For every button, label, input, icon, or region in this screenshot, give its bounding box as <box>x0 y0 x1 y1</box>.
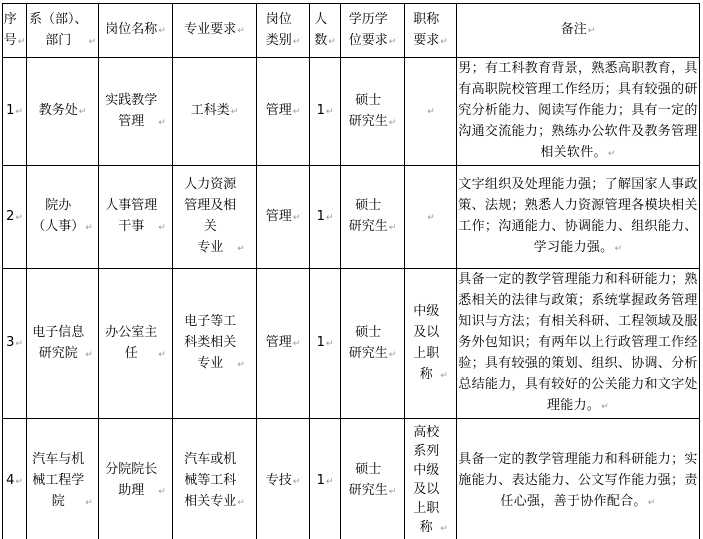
return-arrow-icon <box>648 498 656 508</box>
return-arrow-icon <box>601 402 609 412</box>
cell-major: 工科类 <box>173 58 257 166</box>
return-arrow-icon <box>326 477 334 487</box>
cell-remark: 具备一定的教学管理能力和科研能力；熟悉相关的法律与政策；系统掌握政务管理知识与方… <box>457 269 700 419</box>
return-arrow-icon <box>588 26 596 36</box>
table-row: 2 院办 （人事） 人事管理 干事 人力资源 管理及相 关 专业 管理 1 硕士… <box>3 166 700 269</box>
cell-seq: 2 <box>3 166 27 269</box>
cell-category: 管理 <box>257 166 310 269</box>
table-row: 1 教务处 实践教学 管理 工科类 管理 1 硕士 研究生 男；有工科教育背景，… <box>3 58 700 166</box>
cell-major: 汽车或机 械等工科 相关专业 <box>173 419 257 539</box>
cell-remark: 具备一定的教学管理能力和科研能力；实施能力、表达能力、公文写作能力强；责任心强，… <box>457 419 700 539</box>
cell-count: 1 <box>310 419 341 539</box>
return-arrow-icon <box>389 350 397 360</box>
header-major: 专业要求 <box>173 4 257 58</box>
return-arrow-icon <box>158 118 166 128</box>
return-arrow-icon <box>293 107 301 117</box>
cell-seq: 4 <box>3 419 27 539</box>
return-arrow-icon <box>158 223 166 233</box>
cell-category: 管理 <box>257 269 310 419</box>
return-arrow-icon <box>18 37 26 47</box>
return-arrow-icon <box>293 213 301 223</box>
return-arrow-icon <box>614 244 622 254</box>
cell-dept: 汽车与机 械工程学 院 <box>27 419 99 539</box>
header-count: 人 数 <box>310 4 341 58</box>
return-arrow-icon <box>15 107 23 117</box>
return-arrow-icon <box>237 360 245 370</box>
cell-position: 分院院长 助理 <box>99 419 173 539</box>
cell-dept: 教务处 <box>27 58 99 166</box>
cell-degree: 硕士 研究生 <box>341 166 405 269</box>
job-positions-table: 序 号 系（部）、 部门 岗位名称 专业要求 岗位 类别 人 数 学历学 位要求… <box>2 3 700 539</box>
return-arrow-icon <box>85 350 93 360</box>
header-position: 岗位名称 <box>99 4 173 58</box>
return-arrow-icon <box>427 107 435 117</box>
return-arrow-icon <box>237 244 245 254</box>
cell-dept: 院办 （人事） <box>27 166 99 269</box>
header-degree: 学历学 位要求 <box>341 4 405 58</box>
cell-title <box>405 58 457 166</box>
return-arrow-icon <box>389 37 397 47</box>
return-arrow-icon <box>440 371 448 381</box>
cell-count: 1 <box>310 166 341 269</box>
header-category: 岗位 类别 <box>257 4 310 58</box>
return-arrow-icon <box>158 350 166 360</box>
return-arrow-icon <box>389 487 397 497</box>
return-arrow-icon <box>231 107 239 117</box>
return-arrow-icon <box>293 339 301 349</box>
cell-position: 实践教学 管理 <box>99 58 173 166</box>
return-arrow-icon <box>427 213 435 223</box>
header-dept: 系（部）、 部门 <box>27 4 99 58</box>
return-arrow-icon <box>326 107 334 117</box>
return-arrow-icon <box>389 118 397 128</box>
cell-count: 1 <box>310 58 341 166</box>
return-arrow-icon <box>15 339 23 349</box>
table-row: 4 汽车与机 械工程学 院 分院院长 助理 汽车或机 械等工科 相关专业 专技 … <box>3 419 700 539</box>
header-seq: 序 号 <box>3 4 27 58</box>
return-arrow-icon <box>389 223 397 233</box>
return-arrow-icon <box>15 213 23 223</box>
return-arrow-icon <box>85 223 93 233</box>
return-arrow-icon <box>440 37 448 47</box>
header-remark: 备注 <box>457 4 700 58</box>
cell-title <box>405 166 457 269</box>
return-arrow-icon <box>79 107 87 117</box>
table-row: 3 电子信息 研究院 办公室主 任 电子等工 科类相关 专业 管理 1 硕士 研… <box>3 269 700 419</box>
header-row: 序 号 系（部）、 部门 岗位名称 专业要求 岗位 类别 人 数 学历学 位要求… <box>3 4 700 58</box>
return-arrow-icon <box>237 26 245 36</box>
cell-title: 中级 及以 上职 称 <box>405 269 457 419</box>
cell-position: 办公室主 任 <box>99 269 173 419</box>
return-arrow-icon <box>440 524 448 534</box>
return-arrow-icon <box>293 37 301 47</box>
cell-remark: 男；有工科教育背景，熟悉高职教育，具有高职院校管理工作经历；具有较强的研究分析能… <box>457 58 700 166</box>
cell-degree: 硕士 研究生 <box>341 269 405 419</box>
cell-remark: 文字组织及处理能力强；了解国家人事政策、法规；熟悉人力资源管理各模块相关工作；沟… <box>457 166 700 269</box>
cell-title: 高校 系列 中级 及以 上职 称 <box>405 419 457 539</box>
return-arrow-icon <box>15 477 23 487</box>
return-arrow-icon <box>88 37 96 47</box>
cell-dept: 电子信息 研究院 <box>27 269 99 419</box>
return-arrow-icon <box>328 37 336 47</box>
return-arrow-icon <box>293 477 301 487</box>
cell-seq: 3 <box>3 269 27 419</box>
cell-count: 1 <box>310 269 341 419</box>
return-arrow-icon <box>158 487 166 497</box>
cell-major: 人力资源 管理及相 关 专业 <box>173 166 257 269</box>
cell-degree: 硕士 研究生 <box>341 58 405 166</box>
cell-major: 电子等工 科类相关 专业 <box>173 269 257 419</box>
return-arrow-icon <box>326 339 334 349</box>
return-arrow-icon <box>326 213 334 223</box>
return-arrow-icon <box>158 26 166 36</box>
cell-category: 管理 <box>257 58 310 166</box>
return-arrow-icon <box>608 149 616 159</box>
cell-position: 人事管理 干事 <box>99 166 173 269</box>
cell-category: 专技 <box>257 419 310 539</box>
header-title: 职称 要求 <box>405 4 457 58</box>
return-arrow-icon <box>237 498 245 508</box>
return-arrow-icon <box>85 498 93 508</box>
cell-degree: 硕士 研究生 <box>341 419 405 539</box>
cell-seq: 1 <box>3 58 27 166</box>
